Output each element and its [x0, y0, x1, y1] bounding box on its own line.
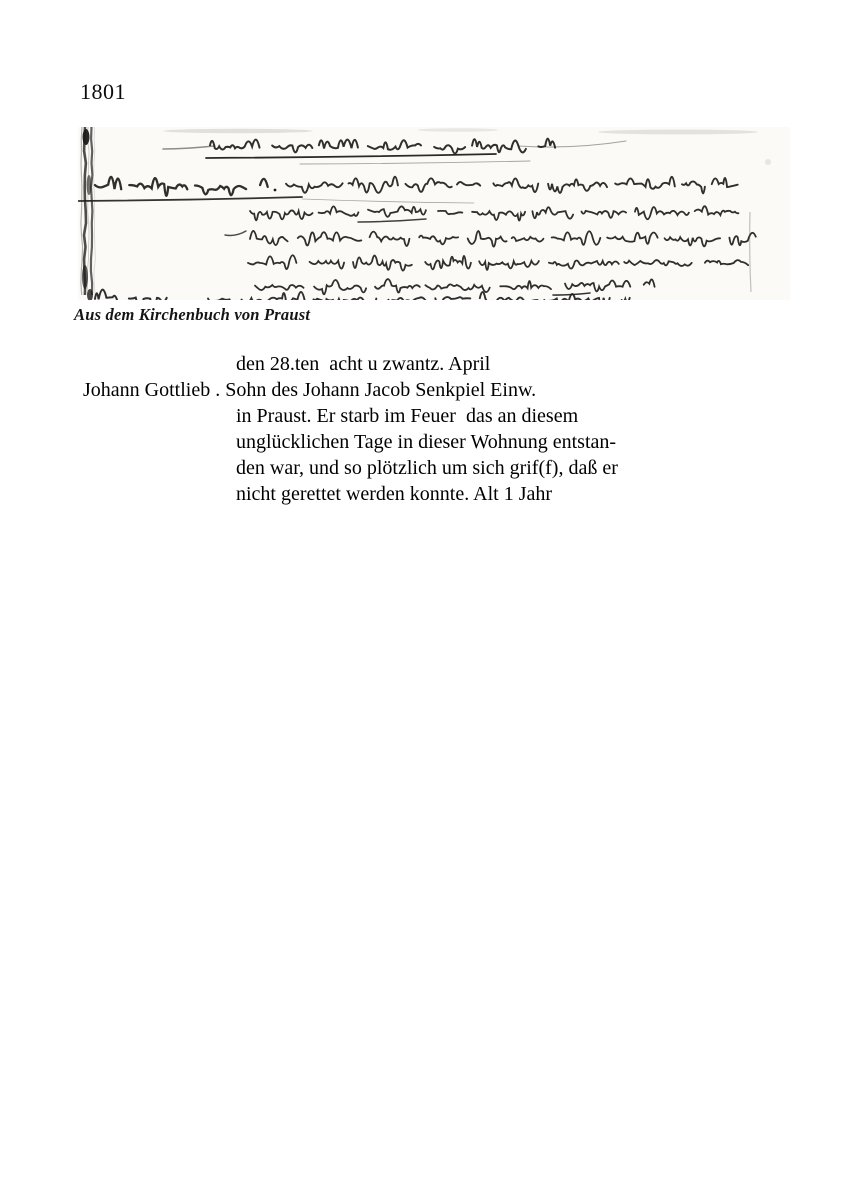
- transcription-line-2: Johann Gottlieb . Sohn des Johann Jacob …: [83, 379, 536, 402]
- transcription-line-3: in Praust. Er starb im Feuer das an dies…: [236, 405, 578, 428]
- kirchenbuch-scan-image: [78, 127, 790, 300]
- transcription-line-1: den 28.ten acht u zwantz. April: [236, 353, 490, 376]
- handwriting-graphic: [78, 127, 790, 300]
- scan-caption: Aus dem Kirchenbuch von Praust: [74, 305, 310, 325]
- transcription-line-4: unglücklichen Tage in dieser Wohnung ent…: [236, 431, 616, 454]
- year-heading: 1801: [80, 79, 126, 105]
- transcription-line-5: den war, und so plötzlich um sich grif(f…: [236, 457, 618, 480]
- document-page: 1801 Aus dem Kirchenbuch von Praust den …: [0, 0, 849, 1200]
- transcription-line-6: nicht gerettet werden konnte. Alt 1 Jahr: [236, 483, 552, 506]
